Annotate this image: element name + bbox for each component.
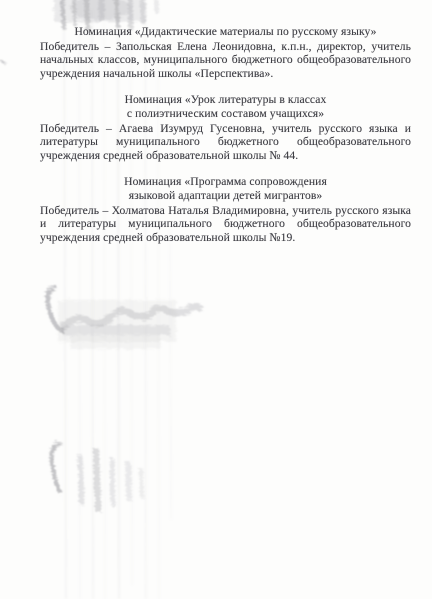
heading-line: Номинация «Программа сопровождения	[40, 175, 411, 189]
winner-3-paragraph: Победитель – Холматова Наталья Владимиро…	[40, 204, 411, 245]
heading-line: языковой адаптации детей мигрантов»	[40, 189, 411, 203]
nomination-3-title: Номинация «Программа сопровождения языко…	[40, 175, 411, 202]
nomination-section-3: Номинация «Программа сопровождения языко…	[40, 175, 411, 244]
nomination-1-title: Номинация «Дидактические материалы по ру…	[40, 25, 411, 39]
winner-1-paragraph: Победитель – Запольская Елена Леонидовна…	[40, 40, 411, 81]
heading-line: Номинация «Урок литературы в классах	[40, 93, 411, 107]
nomination-2-title: Номинация «Урок литературы в классах с п…	[40, 93, 411, 120]
lower-smudge	[51, 443, 142, 512]
scanned-document-page: Номинация «Дидактические материалы по ру…	[0, 0, 432, 599]
winner-2-paragraph: Победитель – Агаева Изумруд Гусеновна, у…	[40, 122, 411, 163]
nomination-section-1: Номинация «Дидактические материалы по ру…	[40, 25, 411, 80]
nomination-section-2: Номинация «Урок литературы в классах с п…	[40, 93, 411, 162]
heading-line: Номинация «Дидактические материалы по ру…	[40, 25, 411, 39]
heading-line: с полиэтническим составом учащихся»	[40, 107, 411, 121]
middle-smudge	[48, 286, 202, 349]
document-text: Номинация «Дидактические материалы по ру…	[40, 25, 411, 244]
